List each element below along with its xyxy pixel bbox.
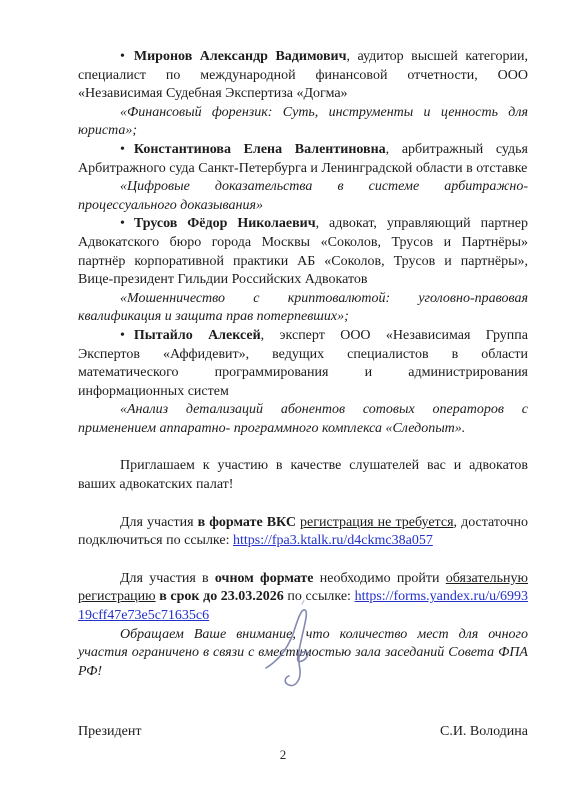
inperson-paragraph: Для участия в очном формате необходимо п… [78, 570, 528, 626]
bullet-icon: • [120, 141, 125, 160]
speaker-item: •Пытайло Алексей, эксперт ООО «Независим… [78, 327, 528, 401]
speaker-name: Пытайло Алексей [134, 328, 261, 343]
vks-link[interactable]: https://fpa3.ktalk.ru/d4ckmc38a057 [233, 533, 433, 548]
vks-paragraph: Для участия в формате ВКС регистрация не… [78, 514, 528, 551]
bullet-icon: • [120, 215, 125, 234]
blank-line [78, 495, 528, 514]
document-page: •Миронов Александр Вадимович, аудитор вы… [0, 0, 566, 800]
vks-format-bold: в формате ВКС [198, 515, 296, 530]
inperson-prefix: Для участия в [120, 571, 215, 586]
speaker-item: •Миронов Александр Вадимович, аудитор вы… [78, 48, 528, 104]
page-number: 2 [0, 746, 566, 765]
speaker-item: •Константинова Елена Валентиновна, арбит… [78, 141, 528, 178]
inperson-format-bold: очном формате [215, 571, 314, 586]
signature-row: Президент С.И. Володина [78, 723, 528, 742]
page-content: •Миронов Александр Вадимович, аудитор вы… [78, 48, 528, 742]
speaker-topic: «Цифровые доказательства в системе арбит… [78, 178, 528, 215]
blank-line [78, 438, 528, 457]
speaker-item: •Трусов Фёдор Николаевич, адвокат, управ… [78, 215, 528, 289]
inperson-middle2: по ссылке: [284, 589, 355, 604]
invitation-paragraph: Приглашаем к участию в качестве слушател… [78, 457, 528, 494]
vks-no-registration: регистрация не требуется [300, 515, 453, 530]
speaker-name: Константинова Елена Валентиновна [134, 142, 386, 157]
vks-prefix: Для участия [120, 515, 198, 530]
signer-title: Президент [78, 723, 141, 742]
bullet-icon: • [120, 48, 125, 67]
speaker-topic: «Мошенничество с криптовалютой: уголовно… [78, 290, 528, 327]
blank-line [78, 551, 528, 570]
speaker-topic: «Анализ детализаций абонентов сотовых оп… [78, 401, 528, 438]
inperson-middle1: необходимо пройти [314, 571, 446, 586]
speaker-name: Миронов Александр Вадимович [134, 49, 347, 64]
speaker-name: Трусов Фёдор Николаевич [134, 216, 316, 231]
speaker-topic: «Финансовый форензик: Суть, инструменты … [78, 104, 528, 141]
bullet-icon: • [120, 327, 125, 346]
capacity-note: Обращаем Ваше внимание, что количество м… [78, 626, 528, 682]
inperson-deadline-bold: в срок до 23.03.2026 [159, 589, 284, 604]
signer-name: С.И. Володина [440, 723, 528, 742]
